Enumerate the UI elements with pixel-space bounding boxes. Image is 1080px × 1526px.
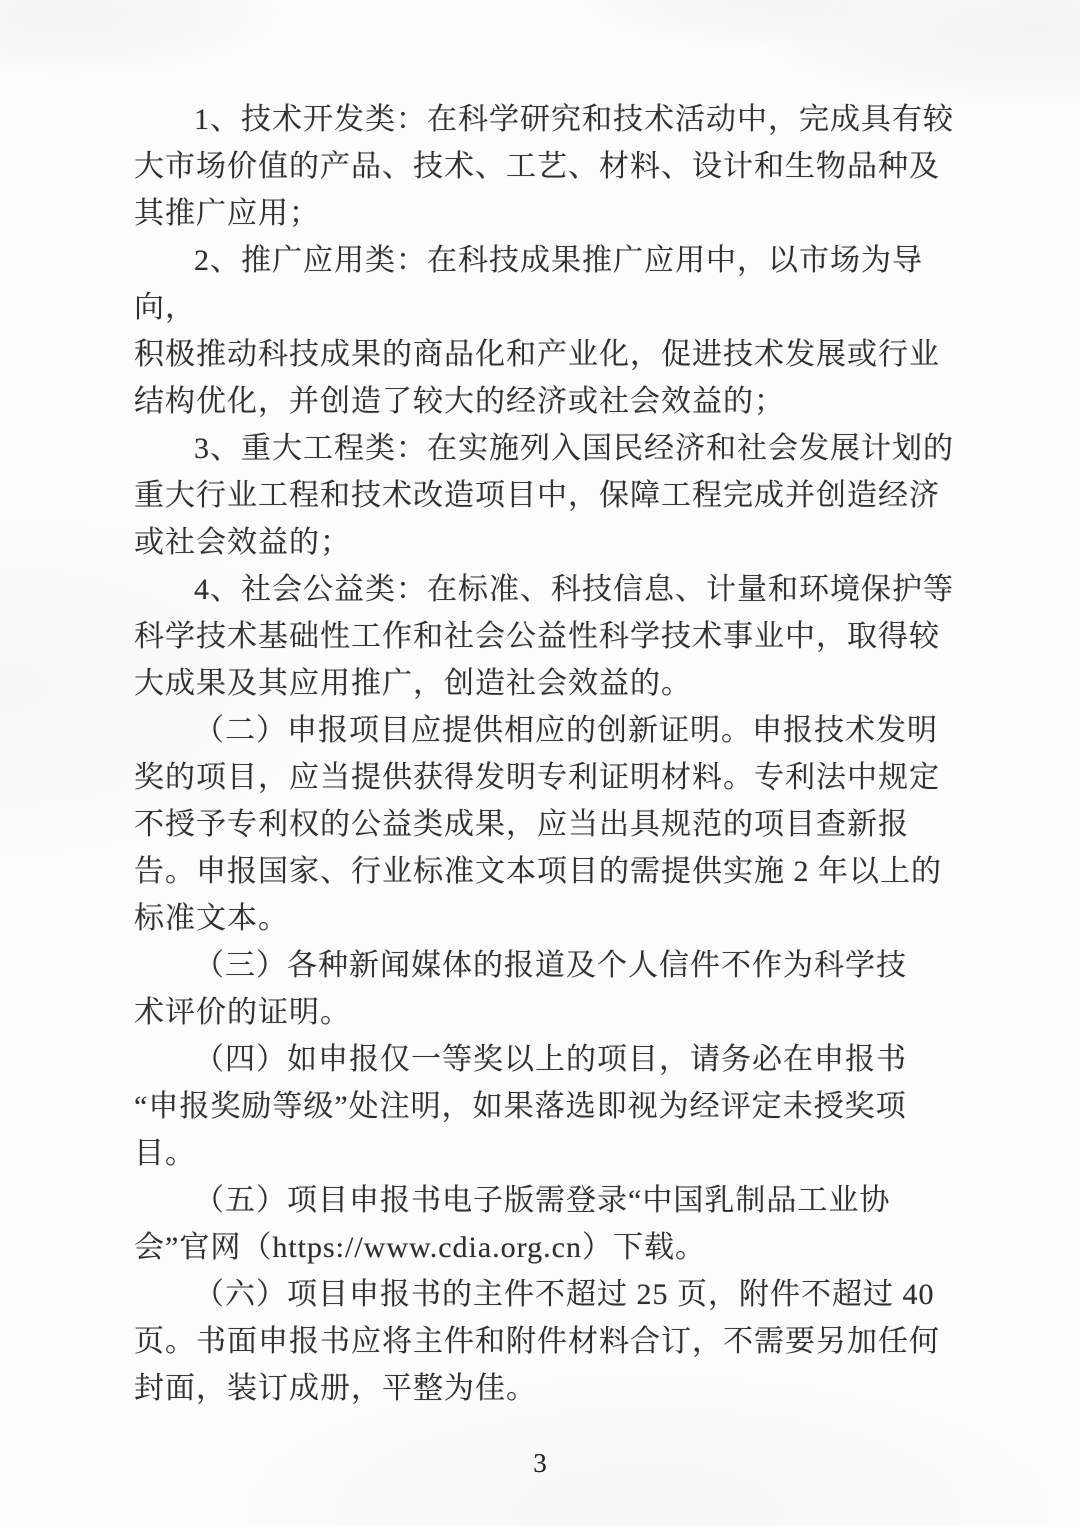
- clause-3-media-reports-excluded: （三）各种新闻媒体的报道及个人信件不作为科学技 术评价的证明。: [134, 942, 964, 1036]
- clause-5-website-download: （五）项目申报书电子版需登录“中国乳制品工业协 会”官网（https://www…: [134, 1177, 964, 1271]
- clause-2-innovation-proof: （二）申报项目应提供相应的创新证明。申报技术发明 奖的项目，应当提供获得发明专利…: [134, 707, 964, 942]
- scanned-document-page: { "style": { "paper_color": "#fcfcfc", "…: [0, 0, 1080, 1526]
- item-4-public-welfare: 4、社会公益类：在标准、科技信息、计量和环境保护等 科学技术基础性工作和社会公益…: [134, 566, 964, 707]
- document-body: 1、技术开发类：在科学研究和技术活动中，完成具有较 大市场价值的产品、技术、工艺…: [134, 96, 964, 1412]
- page-footer: 3: [0, 1448, 1080, 1479]
- clause-6-page-limits-binding: （六）项目申报书的主件不超过 25 页，附件不超过 40 页。书面申报书应将主件…: [134, 1271, 964, 1412]
- page-number: 3: [533, 1448, 547, 1478]
- item-3-major-engineering: 3、重大工程类：在实施列入国民经济和社会发展计划的 重大行业工程和技术改造项目中…: [134, 425, 964, 566]
- item-1-tech-development: 1、技术开发类：在科学研究和技术活动中，完成具有较 大市场价值的产品、技术、工艺…: [134, 96, 964, 237]
- item-2-promotion-application: 2、推广应用类：在科技成果推广应用中，以市场为导向， 积极推动科技成果的商品化和…: [134, 237, 964, 425]
- clause-4-award-grade-note: （四）如申报仅一等奖以上的项目，请务必在申报书 “申报奖励等级”处注明，如果落选…: [134, 1036, 964, 1177]
